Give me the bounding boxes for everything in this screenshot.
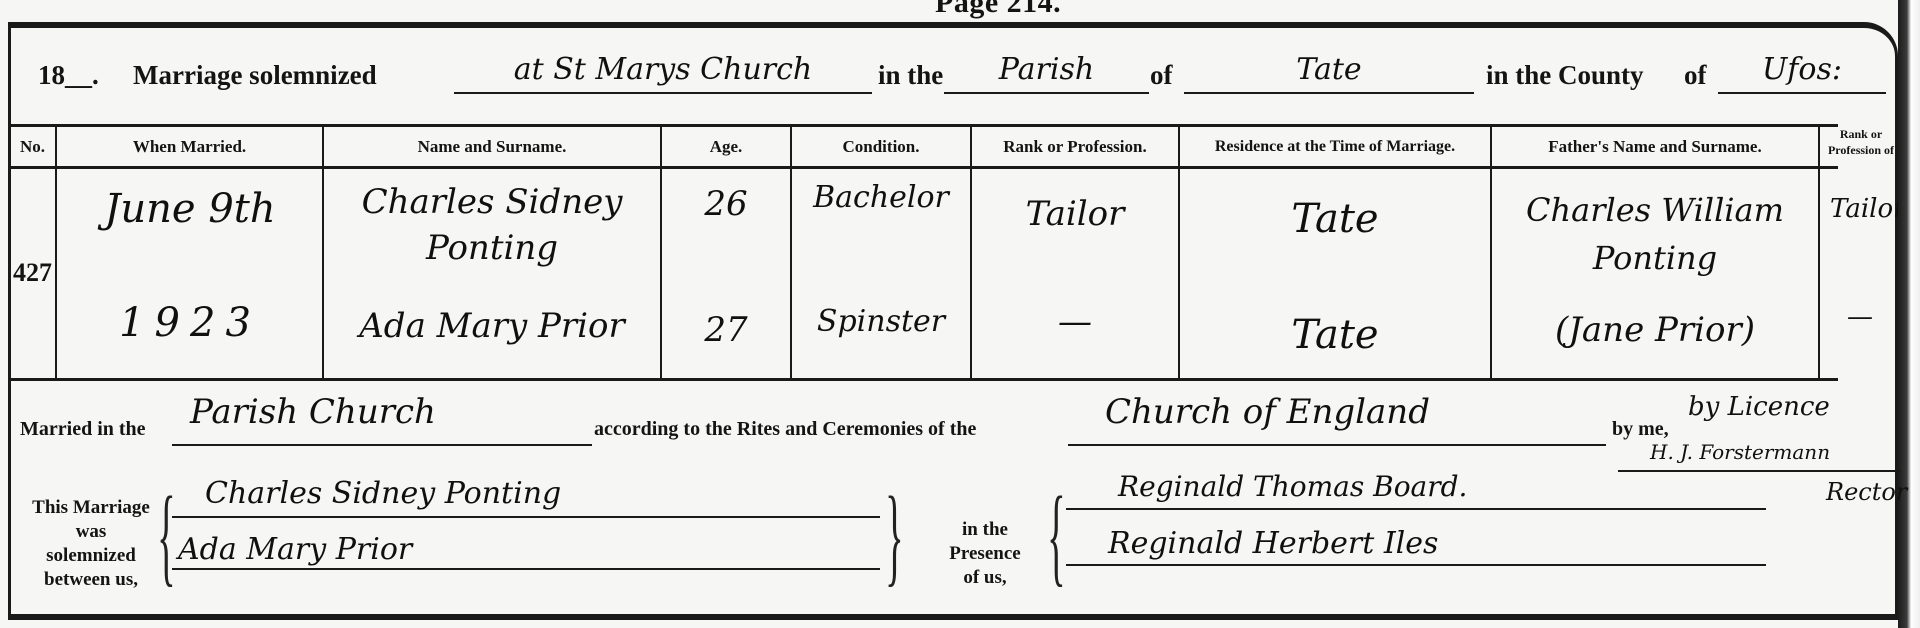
bride-residence: Tate	[1180, 312, 1490, 358]
between-us-label: This Marriage was solemnized between us,	[16, 496, 166, 592]
left-brace-open: {	[157, 480, 175, 590]
col-divider	[1818, 124, 1820, 380]
solemnized-place-field: at St Marys Church	[454, 52, 872, 94]
county-of-label: of	[1684, 60, 1707, 91]
groom-name-line2: Ponting	[324, 228, 660, 268]
married-in-field: Parish Church	[190, 392, 436, 432]
bride-rank: —	[972, 302, 1178, 342]
county-field: Ufos:	[1718, 52, 1886, 94]
rites-underline	[1068, 444, 1606, 446]
table-top-rule	[8, 124, 1838, 127]
bride-age: 27	[662, 310, 790, 350]
county-label: in the County	[1486, 60, 1644, 91]
groom-name-line1: Charles Sidney	[324, 182, 660, 222]
groom-condition: Bachelor	[792, 180, 970, 215]
witness2-signature: Reginald Herbert Iles	[1108, 526, 1438, 561]
groom-age: 26	[662, 184, 790, 224]
table-bottom-rule	[8, 378, 1838, 381]
column-header-rank: Rank or Profession.	[972, 132, 1178, 162]
when-married-date: June 9th	[60, 186, 320, 232]
bride-name: Ada Mary Prior	[324, 306, 660, 346]
officiant-underline	[1618, 470, 1900, 472]
col-divider	[55, 124, 57, 380]
right-brace-open: {	[1047, 480, 1065, 590]
of-label: of	[1150, 60, 1173, 91]
column-header-father: Father's Name and Surname.	[1492, 132, 1818, 162]
column-header-age: Age.	[662, 132, 790, 162]
rites-label: according to the Rites and Ceremonies of…	[594, 418, 976, 441]
column-header-residence: Residence at the Time of Marriage.	[1180, 132, 1490, 162]
rites-field: Church of England	[1105, 392, 1430, 432]
party1-underline	[172, 516, 880, 518]
officiant-title: Rector	[1826, 478, 1907, 506]
header-bottom-rule	[8, 166, 1838, 169]
witness1-underline	[1066, 508, 1766, 510]
in-the-label: in the	[878, 60, 943, 91]
witness2-underline	[1066, 564, 1766, 566]
column-header-when-married: When Married.	[57, 132, 322, 162]
groom-rank: Tailor	[972, 194, 1178, 234]
column-header-condition: Condition.	[792, 132, 970, 162]
bride-condition: Spinster	[792, 304, 970, 339]
witness1-signature: Reginald Thomas Board.	[1118, 470, 1467, 503]
register-heading: 18__. Marriage solemnized at St Marys Ch…	[38, 52, 1898, 102]
officiant-signature: H. J. Forstermann	[1650, 440, 1830, 464]
year-prefix: 18__.	[38, 60, 99, 91]
district-field: Parish	[944, 52, 1149, 94]
married-in-label: Married in the	[20, 418, 146, 441]
column-header-father-rank: Rank or Profession of Father.	[1822, 126, 1900, 162]
column-header-name: Name and Surname.	[324, 132, 660, 162]
presence-label: in the Presence of us,	[930, 518, 1040, 590]
groom-father-rank: Tailor	[1822, 194, 1898, 224]
solemnized-label: Marriage solemnized	[133, 60, 377, 91]
bride-father-rank: —	[1822, 302, 1898, 332]
when-married-year: 1923	[60, 300, 320, 346]
left-brace-close: }	[885, 480, 903, 590]
groom-father-name: Charles William Ponting	[1492, 186, 1818, 282]
officiant-licence: by Licence	[1688, 392, 1830, 422]
place-field: Tate	[1184, 52, 1474, 94]
married-in-underline	[172, 444, 592, 446]
book-spine	[1898, 0, 1920, 628]
entry-number: 427	[10, 258, 55, 288]
party1-signature: Charles Sidney Ponting	[205, 476, 561, 511]
party2-underline	[172, 568, 880, 570]
bride-father-name: (Jane Prior)	[1492, 310, 1818, 350]
page-title: Page 214.	[935, 0, 1061, 20]
groom-residence: Tate	[1180, 196, 1490, 242]
column-header-no: No.	[10, 132, 55, 162]
col-divider	[790, 124, 792, 380]
by-me-label: by me,	[1612, 418, 1669, 441]
party2-signature: Ada Mary Prior	[178, 532, 412, 567]
